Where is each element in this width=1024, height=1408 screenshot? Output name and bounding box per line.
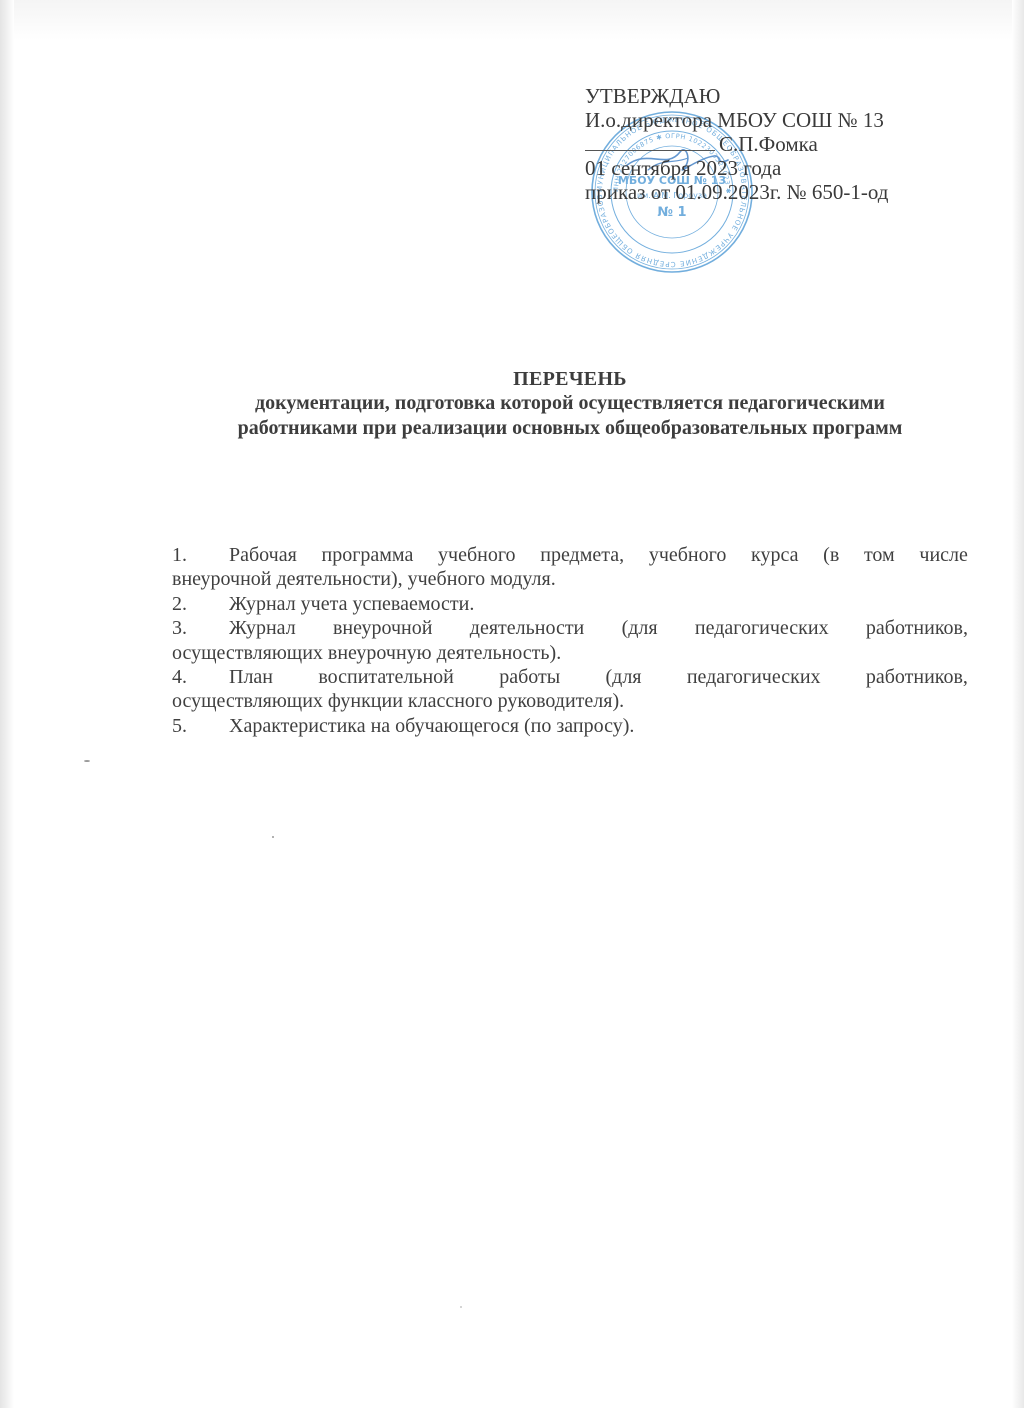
approval-block: УТВЕРЖДАЮ И.о.директора МБОУ СОШ № 13 С.…: [585, 84, 888, 204]
approval-position: И.о.директора МБОУ СОШ № 13: [585, 108, 888, 132]
list-item-continuation: осуществляющих функции классного руковод…: [172, 689, 968, 713]
item-words: Журнал внеурочной деятельности (для педа…: [229, 616, 968, 640]
item-words: Рабочая программа учебного предмета, уче…: [229, 543, 968, 567]
scan-edge-right: [1012, 0, 1024, 1408]
approval-date: 01 сентября 2023 года: [585, 156, 888, 180]
scan-speck: [272, 836, 274, 838]
list-item: 4. План воспитательной работы (для педаг…: [172, 665, 968, 714]
list-item: 5.Характеристика на обучающегося (по зап…: [172, 714, 968, 738]
scan-edge-left: [0, 0, 14, 1408]
list-item-continuation: внеурочной деятельности), учебного модул…: [172, 567, 968, 591]
signatory-name: С.П.Фомка: [719, 132, 818, 156]
item-number: 4.: [172, 665, 229, 689]
title-line-2: работниками при реализации основных обще…: [150, 416, 990, 441]
list-item: 3. Журнал внеурочной деятельности (для п…: [172, 616, 968, 665]
item-text: Журнал учета успеваемости.: [229, 593, 474, 615]
list-item-first-line: 1. Рабочая программа учебного предмета, …: [172, 543, 968, 567]
item-words: План воспитательной работы (для педагоги…: [229, 665, 968, 689]
documentation-list: 1. Рабочая программа учебного предмета, …: [172, 543, 968, 738]
title-line-1: документации, подготовка которой осущест…: [150, 391, 990, 416]
title-main: ПЕРЕЧЕНЬ: [150, 367, 990, 391]
scan-shadow-top: [0, 0, 1024, 40]
item-number: 2.: [172, 592, 229, 616]
list-item-first-line: 3. Журнал внеурочной деятельности (для п…: [172, 616, 968, 640]
signature-row: С.П.Фомка: [585, 132, 888, 156]
approval-heading: УТВЕРЖДАЮ: [585, 84, 888, 108]
list-item: 1. Рабочая программа учебного предмета, …: [172, 543, 968, 592]
item-number: 5.: [172, 714, 229, 738]
signature-line: [585, 132, 715, 151]
approval-order: приказ от 01.09.2023г. № 650-1-од: [585, 180, 888, 204]
item-text: Характеристика на обучающегося (по запро…: [229, 715, 634, 737]
scan-speck: [84, 760, 90, 762]
list-item-continuation: осуществляющих внеурочную деятельность).: [172, 641, 968, 665]
list-item-first-line: 4. План воспитательной работы (для педаг…: [172, 665, 968, 689]
scan-speck: [460, 1306, 462, 1308]
list-item: 2.Журнал учета успеваемости.: [172, 592, 968, 616]
document-title: ПЕРЕЧЕНЬ документации, подготовка которо…: [150, 367, 990, 441]
svg-text:№ 1: № 1: [657, 205, 686, 220]
item-number: 1.: [172, 543, 229, 567]
item-number: 3.: [172, 616, 229, 640]
